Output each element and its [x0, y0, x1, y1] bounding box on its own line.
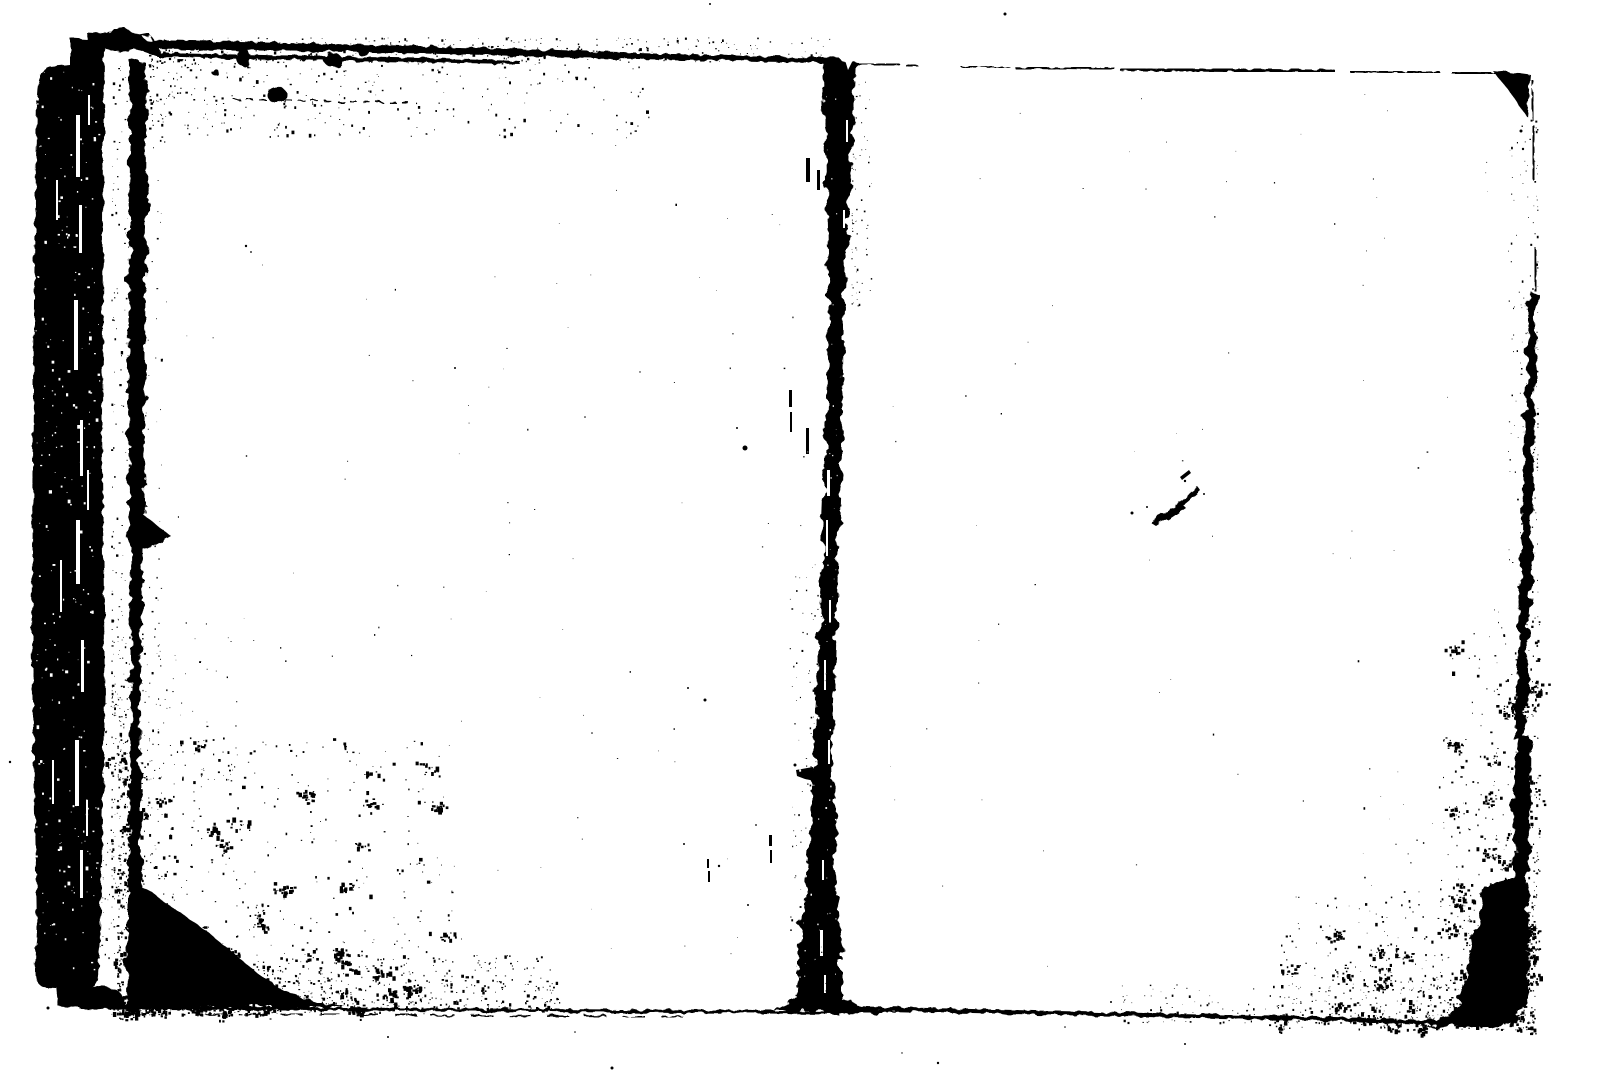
speckle: [535, 64, 536, 65]
speckle: [1396, 945, 1397, 946]
speckle: [122, 699, 123, 700]
speckle: [1528, 771, 1529, 772]
speckle: [1466, 972, 1467, 973]
speckle: [98, 730, 99, 731]
speckle: [160, 665, 161, 666]
speckle: [114, 961, 117, 966]
speckle: [1282, 1005, 1284, 1007]
speckle: [833, 405, 834, 407]
speckle: [1529, 987, 1530, 988]
speckle: [1499, 1020, 1500, 1022]
speckle: [1436, 987, 1438, 989]
speckle: [1450, 654, 1452, 657]
speckle: [181, 887, 182, 888]
speckle: [121, 733, 122, 734]
speckle: [579, 46, 581, 48]
speckle: [524, 969, 525, 970]
speckle: [823, 604, 824, 605]
speckle: [825, 951, 826, 952]
speckle: [816, 761, 817, 762]
speckle: [1402, 999, 1405, 1002]
speckle: [1461, 883, 1464, 886]
speckle: [1524, 415, 1525, 417]
speckle: [141, 511, 142, 512]
speckle: [422, 1008, 424, 1010]
speckle: [590, 275, 591, 276]
speckle: [1511, 969, 1512, 970]
speckle: [127, 460, 128, 461]
speckle: [1486, 162, 1487, 163]
speckle: [552, 990, 553, 991]
speckle: [348, 1012, 351, 1015]
speckle: [305, 791, 307, 793]
speckle: [504, 955, 506, 958]
speckle: [117, 1013, 119, 1016]
speckle: [356, 987, 357, 988]
speckle: [317, 882, 318, 883]
speckle: [255, 915, 257, 916]
speckle: [474, 50, 475, 52]
speckle: [551, 993, 552, 994]
speckle: [1531, 714, 1532, 715]
speckle: [1163, 1022, 1164, 1023]
speckle: [861, 149, 862, 150]
speckle: [211, 56, 213, 58]
speckle: [1380, 1007, 1381, 1008]
speckle: [1538, 349, 1539, 350]
speckle: [1533, 964, 1534, 966]
speckle: [1370, 965, 1371, 967]
speckle: [118, 886, 119, 887]
speckle: [103, 765, 105, 766]
speckle: [1473, 920, 1475, 923]
speckle: [197, 930, 198, 932]
speckle: [642, 58, 643, 59]
speckle: [136, 613, 138, 615]
speckle: [222, 854, 224, 856]
speckle: [455, 1004, 456, 1005]
speckle: [94, 969, 96, 970]
speckle: [437, 805, 438, 806]
speckle: [49, 810, 50, 811]
speckle: [1363, 1021, 1365, 1024]
speckle: [404, 964, 405, 965]
speckle: [94, 138, 96, 141]
speckle: [1470, 1008, 1473, 1012]
speckle: [120, 721, 121, 722]
speckle: [133, 410, 134, 411]
speckle: [1466, 1001, 1468, 1002]
speckle: [280, 1010, 282, 1012]
speckle: [312, 800, 314, 803]
speckle: [624, 39, 625, 40]
speckle: [1503, 991, 1507, 994]
speckle: [161, 1001, 163, 1002]
speckle: [1492, 819, 1493, 820]
speckle: [185, 60, 186, 61]
speckle: [323, 991, 325, 993]
speckle: [39, 523, 40, 524]
speckle: [1529, 924, 1530, 925]
speckle: [206, 726, 208, 727]
speckle: [332, 992, 333, 994]
speckle: [1501, 1029, 1503, 1031]
speckle: [823, 409, 824, 410]
speckle: [1502, 864, 1504, 866]
speckle: [344, 889, 346, 892]
speckle: [1505, 718, 1508, 720]
speckle: [568, 71, 570, 73]
speckle: [228, 637, 229, 638]
speckle: [190, 955, 191, 956]
speckle: [1514, 979, 1515, 981]
speckle: [132, 993, 133, 994]
speckle: [139, 992, 141, 993]
speckle: [1052, 305, 1053, 306]
speckle: [1459, 1018, 1460, 1020]
speckle: [527, 967, 528, 969]
speckle: [174, 1003, 175, 1005]
speckle: [811, 612, 813, 613]
speckle: [276, 1005, 277, 1006]
speckle: [852, 101, 854, 102]
speckle: [757, 38, 759, 40]
speckle: [278, 88, 279, 89]
speckle: [1519, 891, 1520, 892]
speckle: [109, 894, 110, 895]
speckle: [160, 58, 161, 59]
speckle: [745, 57, 746, 58]
speckle: [453, 51, 456, 53]
speckle: [103, 936, 104, 937]
speckle: [235, 983, 238, 985]
speckle: [1525, 1003, 1526, 1004]
speckle: [213, 997, 214, 998]
speckle: [133, 772, 134, 773]
speckle: [829, 453, 830, 454]
speckle: [236, 997, 237, 998]
speckle: [199, 49, 201, 51]
speckle: [137, 756, 138, 757]
speckle: [502, 1001, 504, 1004]
speckle: [257, 966, 259, 968]
speckle: [232, 955, 235, 957]
speckle: [119, 85, 121, 87]
speckle: [1343, 993, 1344, 994]
speckle: [157, 55, 159, 58]
speckle: [381, 1007, 382, 1008]
speckle: [1478, 925, 1479, 926]
speckle: [133, 268, 134, 269]
speckle: [826, 224, 827, 225]
speckle: [1504, 1023, 1506, 1025]
speckle: [1510, 955, 1511, 957]
speckle: [339, 119, 340, 120]
speckle: [151, 760, 152, 761]
speckle: [148, 802, 150, 804]
speckle: [207, 119, 208, 120]
speckle: [1471, 884, 1473, 887]
speckle: [1485, 933, 1487, 935]
speckle: [1453, 925, 1455, 927]
speckle: [1483, 801, 1486, 804]
speckle: [298, 978, 299, 979]
speckle: [421, 1001, 422, 1003]
speckle: [1478, 940, 1479, 941]
speckle: [1373, 1015, 1375, 1018]
speckle: [115, 959, 118, 962]
speckle: [1517, 921, 1519, 923]
speckle: [216, 1008, 217, 1009]
speckle: [218, 1004, 219, 1005]
speckle: [134, 951, 136, 954]
speckle: [372, 1010, 373, 1011]
speckle: [823, 618, 824, 619]
speckle: [852, 284, 853, 285]
speck: [1004, 13, 1007, 16]
speckle: [231, 780, 233, 781]
speckle: [119, 858, 120, 860]
speckle: [98, 844, 99, 845]
speckle: [147, 763, 149, 765]
speckle: [419, 991, 421, 993]
speckle: [1413, 1029, 1414, 1030]
speckle: [404, 934, 405, 935]
speckle: [258, 961, 259, 962]
speckle: [367, 804, 370, 806]
gutter-streak-8: [824, 975, 826, 993]
speckle: [408, 958, 410, 959]
speckle: [1469, 1028, 1470, 1029]
speckle: [801, 402, 802, 403]
speckle: [52, 390, 53, 391]
speckle: [1539, 833, 1541, 835]
speckle: [130, 457, 131, 459]
speckle: [407, 747, 408, 748]
speckle: [816, 808, 817, 809]
speckle: [1369, 911, 1370, 912]
speckle: [800, 410, 801, 411]
speckle: [1294, 999, 1295, 1000]
speckle: [108, 758, 111, 761]
speckle: [1369, 954, 1372, 957]
speckle: [1456, 929, 1459, 932]
speckle: [461, 975, 464, 978]
speckle: [1505, 1011, 1508, 1015]
speckle: [85, 841, 86, 842]
speckle: [113, 802, 114, 803]
speckle: [1420, 990, 1422, 992]
speckle: [114, 953, 115, 954]
speckle: [160, 60, 162, 62]
speckle: [1486, 938, 1488, 940]
speckle: [855, 169, 856, 170]
speckle: [1296, 1016, 1297, 1017]
speckle: [437, 70, 438, 71]
speckle: [69, 790, 70, 791]
speckle: [152, 970, 154, 973]
speckle: [1532, 681, 1533, 682]
speckle: [1507, 1021, 1508, 1022]
speckle: [75, 280, 76, 281]
speckle: [1537, 236, 1539, 239]
speckle: [1351, 998, 1352, 999]
speckle: [124, 806, 126, 809]
speckle: [292, 945, 294, 947]
speckle: [427, 881, 431, 884]
speckle: [1443, 1010, 1445, 1013]
speckle: [1444, 1000, 1445, 1001]
speckle: [1298, 923, 1299, 924]
speckle: [345, 70, 346, 71]
speckle: [1535, 497, 1536, 498]
speckle: [224, 985, 226, 986]
speckle: [1538, 778, 1539, 779]
speckle: [790, 916, 791, 917]
speckle: [46, 324, 47, 325]
speckle: [1536, 660, 1538, 662]
speckle: [559, 223, 560, 224]
speckle: [1523, 1018, 1525, 1021]
speckle: [1525, 989, 1526, 990]
speckle: [1512, 1024, 1514, 1027]
speckle: [1369, 1022, 1372, 1026]
speckle: [36, 660, 37, 661]
speckle: [1531, 968, 1533, 970]
speckle: [1472, 781, 1474, 783]
speckle: [253, 48, 254, 49]
speckle: [143, 1013, 147, 1015]
speckle: [1403, 804, 1404, 805]
speckle: [1456, 883, 1459, 886]
speckle: [1290, 935, 1291, 937]
speckle: [125, 1012, 129, 1016]
speckle: [180, 59, 183, 61]
speckle: [110, 764, 111, 766]
speckle: [285, 660, 286, 662]
speckle: [209, 1012, 210, 1013]
speckle: [150, 1004, 151, 1005]
speckle: [1418, 1030, 1421, 1034]
speckle: [137, 344, 138, 345]
speckle: [131, 723, 132, 724]
speckle: [322, 747, 323, 748]
speckle: [1524, 986, 1525, 987]
speckle: [801, 71, 802, 72]
speckle: [1537, 267, 1538, 268]
speckle: [369, 772, 373, 775]
speckle: [1530, 976, 1533, 979]
speckle: [247, 824, 250, 829]
speckle: [1466, 1009, 1467, 1010]
speckle: [800, 729, 801, 730]
speckle: [806, 862, 807, 863]
speckle: [1497, 975, 1499, 978]
speckle: [179, 972, 181, 974]
speckle: [527, 429, 528, 431]
speckle: [1438, 1028, 1439, 1030]
speckle: [485, 962, 486, 963]
speckle: [223, 775, 224, 776]
speckle: [1294, 968, 1297, 971]
speckle: [1538, 454, 1539, 455]
speckle: [219, 962, 220, 963]
speckle: [347, 962, 351, 967]
speckle: [262, 921, 264, 922]
speck: [1184, 480, 1186, 482]
speckle: [826, 904, 827, 906]
speckle: [1499, 939, 1500, 941]
speckle: [223, 1012, 227, 1017]
speckle: [1289, 970, 1290, 971]
speckle: [1506, 870, 1509, 872]
speckle: [156, 288, 158, 289]
speckle: [527, 994, 530, 997]
speckle: [1462, 1029, 1463, 1030]
speckle: [1347, 1005, 1351, 1008]
speckle: [1504, 944, 1507, 946]
speckle: [117, 1010, 119, 1011]
speckle: [1522, 773, 1524, 776]
speckle: [363, 127, 365, 130]
speckle: [1508, 451, 1509, 452]
speckle: [196, 953, 197, 955]
speckle: [306, 961, 308, 963]
speckle: [1315, 1022, 1317, 1024]
speckle: [810, 993, 811, 994]
speckle: [796, 700, 797, 701]
speckle: [227, 677, 228, 679]
speckle: [794, 723, 795, 724]
speckle: [172, 984, 173, 985]
speckle: [1367, 933, 1368, 934]
speckle: [114, 476, 116, 478]
speckle: [176, 995, 178, 996]
speckle: [1388, 971, 1389, 972]
speckle: [1513, 926, 1514, 927]
speckle: [284, 953, 285, 954]
speckle: [221, 995, 224, 998]
speckle: [100, 667, 101, 668]
speckle: [113, 707, 114, 708]
speckle: [160, 222, 161, 223]
speckle: [1503, 814, 1504, 815]
speckle: [423, 47, 425, 48]
speckle: [128, 687, 129, 688]
speckle: [290, 750, 292, 752]
speckle: [264, 81, 265, 82]
speckle: [308, 785, 309, 786]
speckle: [1536, 264, 1538, 266]
speckle: [55, 472, 56, 473]
speckle: [536, 986, 537, 987]
speckle: [137, 905, 138, 906]
speckle: [829, 799, 830, 801]
speckle: [146, 779, 148, 781]
speckle: [1463, 803, 1464, 804]
speckle: [1506, 953, 1508, 955]
speckle: [1379, 1010, 1381, 1013]
speckle: [71, 890, 72, 891]
speckle: [738, 59, 739, 60]
speckle: [732, 333, 733, 334]
speckle: [792, 317, 793, 319]
speckle: [234, 766, 235, 767]
speckle: [113, 775, 115, 777]
speckle: [1335, 969, 1336, 971]
speckle: [526, 1001, 528, 1003]
speckle: [358, 88, 359, 90]
